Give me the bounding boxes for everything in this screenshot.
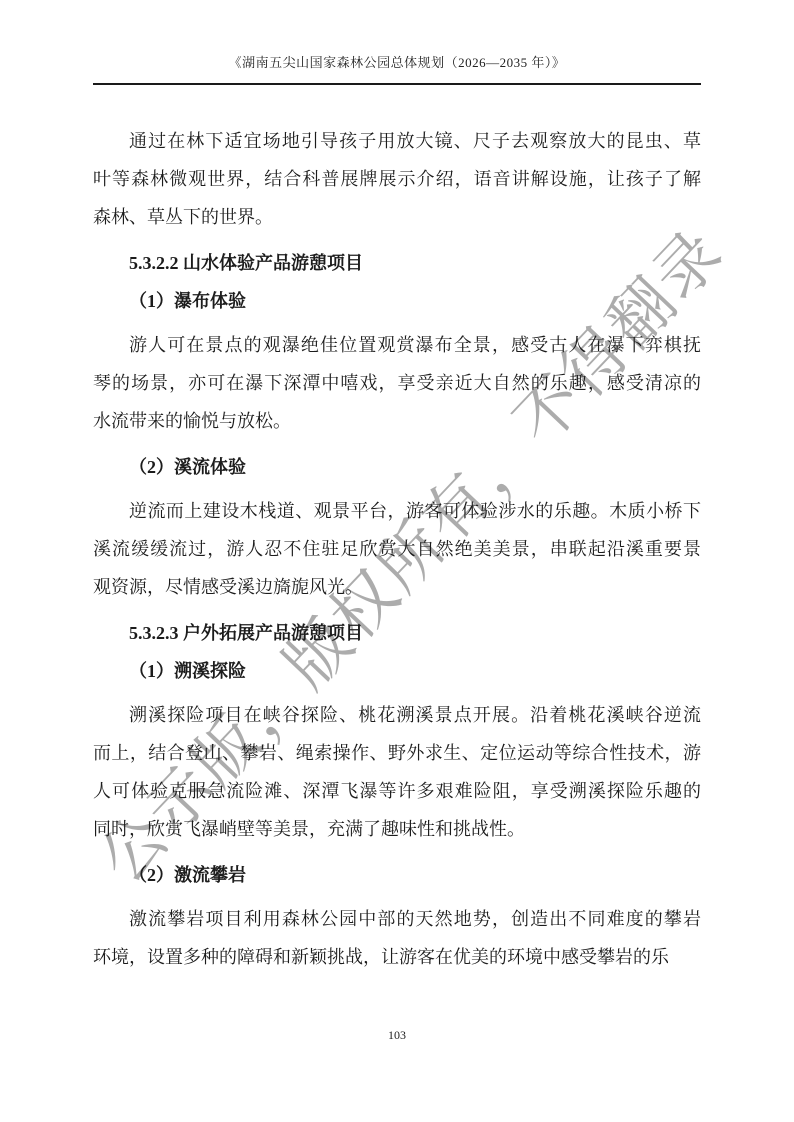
sub-heading: （2）溪流体验 [93, 448, 701, 486]
paragraph-line: 环境，设置多种的障碍和新颖挑战，让游客在优美的环境中感受攀岩的乐 [93, 938, 701, 976]
paragraph-line: 游人可在景点的观瀑绝佳位置观赏瀑布全景，感受古人在瀑下弈棋抚 [93, 326, 701, 364]
header-rule [93, 83, 701, 85]
paragraph-line: 逆流而上建设木栈道、观景平台，游客可体验涉水的乐趣。木质小桥下 [93, 492, 701, 530]
page-header-title: 《湖南五尖山国家森林公园总体规划（2026—2035 年）》 [0, 52, 794, 71]
paragraph-line: 水流带来的愉悦与放松。 [93, 402, 701, 440]
sub-heading: （1）瀑布体验 [93, 282, 701, 320]
paragraph-line: 叶等森林微观世界，结合科普展牌展示介绍，语音讲解设施，让孩子了解 [93, 160, 701, 198]
paragraph-line: 观资源，尽情感受溪边旖旎风光。 [93, 568, 701, 606]
sub-heading: （2）激流攀岩 [93, 856, 701, 894]
paragraph-line: 森林、草丛下的世界。 [93, 198, 701, 236]
paragraph-line: 人可体验克服急流险滩、深潭飞瀑等许多艰难险阻，享受溯溪探险乐趣的 [93, 772, 701, 810]
paragraph-line: 而上，结合登山、攀岩、绳索操作、野外求生、定位运动等综合性技术，游 [93, 734, 701, 772]
document-body: 通过在林下适宜场地引导孩子用放大镜、尺子去观察放大的昆虫、草叶等森林微观世界，结… [93, 116, 701, 976]
paragraph-line: 激流攀岩项目利用森林公园中部的天然地势，创造出不同难度的攀岩 [93, 900, 701, 938]
paragraph-line: 溪流缓缓流过，游人忍不住驻足欣赏大自然绝美美景，串联起沿溪重要景 [93, 530, 701, 568]
body-paragraph: 游人可在景点的观瀑绝佳位置观赏瀑布全景，感受古人在瀑下弈棋抚琴的场景，亦可在瀑下… [93, 326, 701, 440]
body-paragraph: 激流攀岩项目利用森林公园中部的天然地势，创造出不同难度的攀岩环境，设置多种的障碍… [93, 900, 701, 976]
section-heading: 5.3.2.3 户外拓展产品游憩项目 [93, 614, 701, 652]
sub-heading: （1）溯溪探险 [93, 652, 701, 690]
page-number: 103 [0, 1028, 794, 1043]
section-heading: 5.3.2.2 山水体验产品游憩项目 [93, 244, 701, 282]
paragraph-line: 溯溪探险项目在峡谷探险、桃花溯溪景点开展。沿着桃花溪峡谷逆流 [93, 696, 701, 734]
body-paragraph: 溯溪探险项目在峡谷探险、桃花溯溪景点开展。沿着桃花溪峡谷逆流而上，结合登山、攀岩… [93, 696, 701, 848]
paragraph-line: 通过在林下适宜场地引导孩子用放大镜、尺子去观察放大的昆虫、草 [93, 122, 701, 160]
paragraph-line: 琴的场景，亦可在瀑下深潭中嘻戏，享受亲近大自然的乐趣，感受清凉的 [93, 364, 701, 402]
body-paragraph: 通过在林下适宜场地引导孩子用放大镜、尺子去观察放大的昆虫、草叶等森林微观世界，结… [93, 122, 701, 236]
body-paragraph: 逆流而上建设木栈道、观景平台，游客可体验涉水的乐趣。木质小桥下溪流缓缓流过，游人… [93, 492, 701, 606]
document-page: 《湖南五尖山国家森林公园总体规划（2026—2035 年）》 公示版，版权所有，… [0, 0, 794, 1122]
paragraph-line: 同时，欣赏飞瀑峭壁等美景，充满了趣味性和挑战性。 [93, 810, 701, 848]
